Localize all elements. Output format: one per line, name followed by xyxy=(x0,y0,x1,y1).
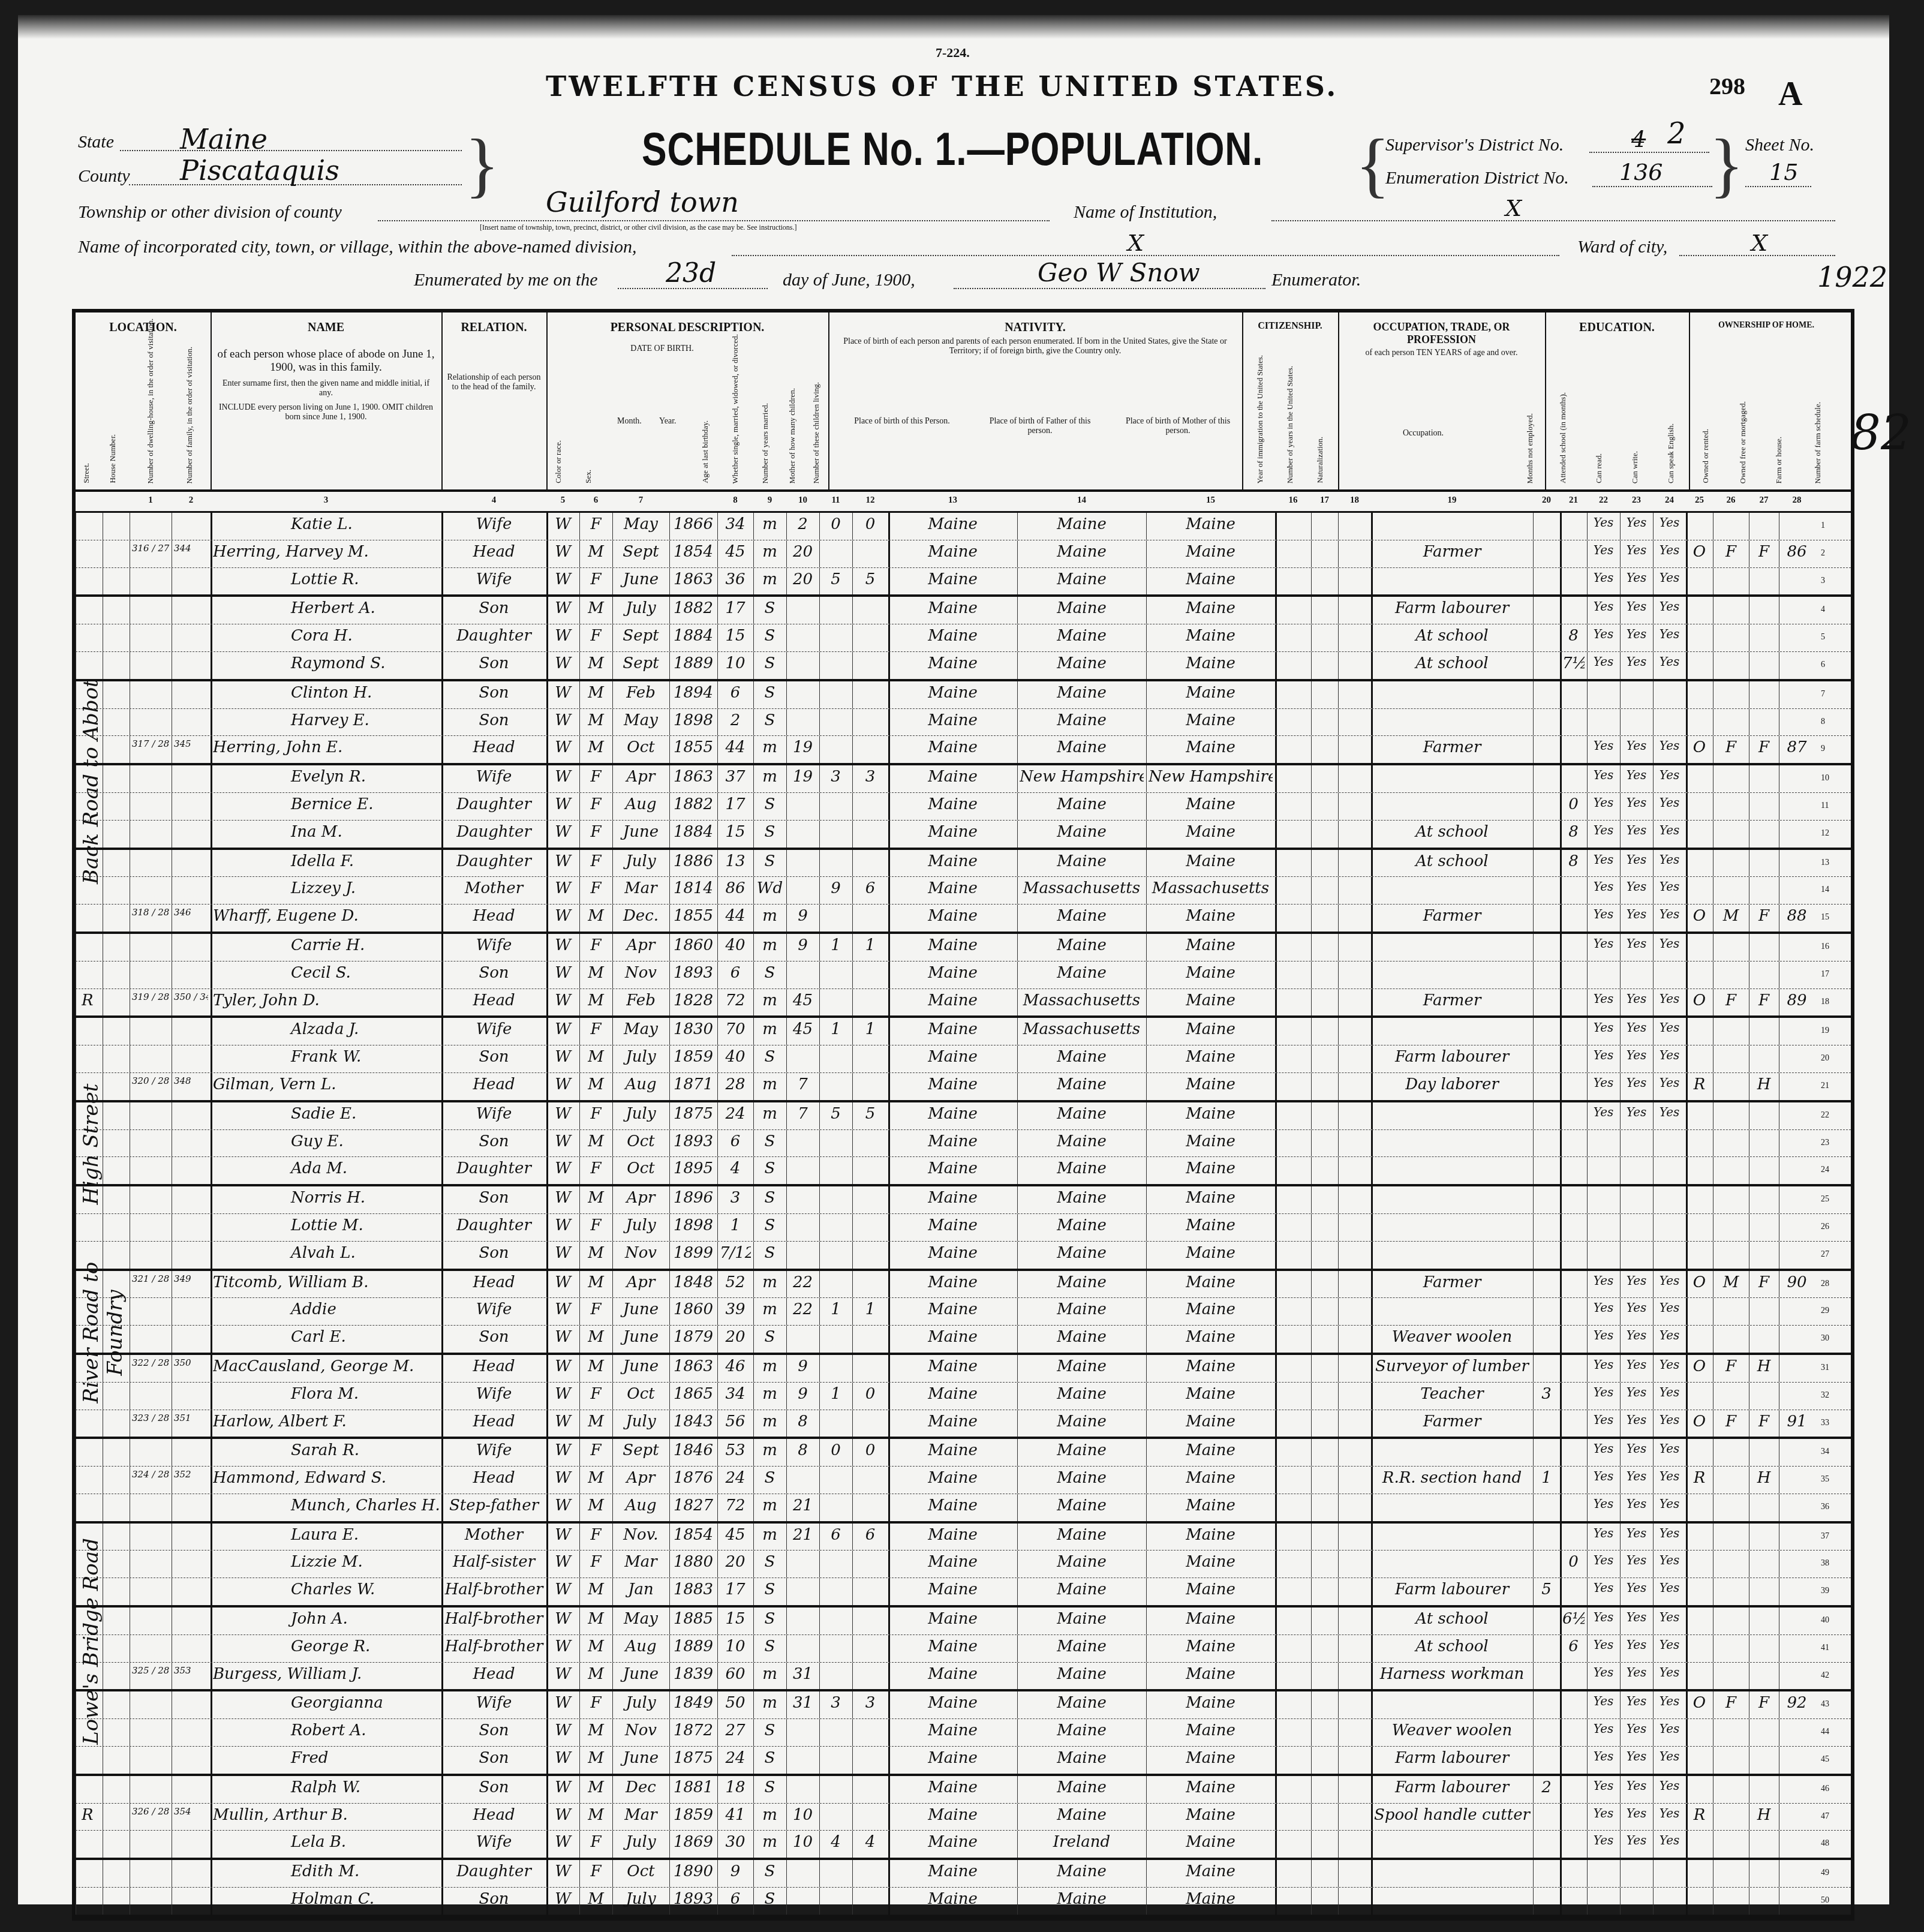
column-divider xyxy=(819,1073,820,1100)
cell-yrs-married: 45 xyxy=(789,991,817,1009)
sheet-value: 15 xyxy=(1769,159,1798,185)
column-divider xyxy=(1749,821,1749,848)
column-divider xyxy=(1338,1691,1339,1718)
table-row: Sadie E.WifeWFJuly187524m755MaineMaineMa… xyxy=(76,1102,1851,1130)
cell-month: June xyxy=(615,570,667,588)
column-divider xyxy=(1371,1130,1373,1157)
cell-sex: M xyxy=(582,1328,610,1346)
street-note: River Road to Foundry xyxy=(79,1239,127,1427)
column-divider xyxy=(1560,1073,1562,1100)
column-divider xyxy=(579,1186,580,1213)
column-divider xyxy=(1560,1157,1562,1184)
cell-pob-mother: Maine xyxy=(1149,543,1273,561)
immigration-year-header: Year of immigration to the United States… xyxy=(1255,355,1265,483)
cell-sex: M xyxy=(582,1665,610,1683)
column-divider xyxy=(669,821,670,848)
cell-year: 1876 xyxy=(672,1469,715,1487)
column-divider xyxy=(717,1804,718,1831)
column-divider xyxy=(1338,905,1339,932)
table-row: Lottie R.WifeWFJune186336m2055MaineMaine… xyxy=(76,568,1851,597)
cell-color: W xyxy=(549,1441,577,1459)
column-number: 16 xyxy=(1275,495,1311,506)
table-row: Sarah R.WifeWFSept184653m800MaineMaineMa… xyxy=(76,1439,1851,1467)
column-divider xyxy=(1371,989,1373,1016)
cell-year: 1827 xyxy=(672,1497,715,1515)
cell-english: Yes xyxy=(1655,738,1683,753)
cell-month: June xyxy=(615,1665,667,1683)
cell-year: 1859 xyxy=(672,1806,715,1824)
column-divider xyxy=(211,540,212,567)
column-divider xyxy=(753,1383,754,1410)
cell-month: Nov. xyxy=(615,1526,667,1544)
cell-sex: M xyxy=(582,543,610,561)
cell-age: 28 xyxy=(720,1075,751,1093)
column-divider xyxy=(211,934,212,961)
cell-english: Yes xyxy=(1655,1806,1683,1820)
cell-write: Yes xyxy=(1622,570,1651,585)
table-row: George R.Half-brotherWMAug188910SMaineMa… xyxy=(76,1635,1851,1663)
cell-read: Yes xyxy=(1589,738,1618,753)
column-divider xyxy=(1686,850,1688,877)
cell-pob-father: Maine xyxy=(1020,515,1144,533)
column-divider xyxy=(852,1271,853,1298)
column-divider xyxy=(1338,1831,1339,1858)
column-divider xyxy=(1653,1691,1654,1718)
column-divider xyxy=(888,568,890,595)
column-divider xyxy=(1560,1130,1562,1157)
cell-occupation: Harness workman xyxy=(1373,1665,1531,1683)
column-divider xyxy=(579,597,580,624)
line-number: 47 xyxy=(1821,1812,1829,1822)
column-divider xyxy=(1338,568,1339,595)
column-divider xyxy=(172,1691,172,1718)
cell-pob-mother: Maine xyxy=(1149,1637,1273,1655)
cell-age: 60 xyxy=(720,1665,751,1683)
cell-dwelling: 322 / 285 xyxy=(132,1357,169,1368)
cell-name: MacCausland, George M. xyxy=(213,1357,439,1375)
cell-school: 8 xyxy=(1562,823,1585,841)
column-divider xyxy=(1533,1747,1534,1774)
cell-read: Yes xyxy=(1589,1385,1618,1399)
column-divider xyxy=(1653,1578,1654,1605)
column-divider xyxy=(1620,513,1621,540)
column-divider xyxy=(1587,1776,1588,1803)
column-divider xyxy=(753,1214,754,1241)
month-header: Month. xyxy=(612,414,647,429)
column-divider xyxy=(172,1298,172,1325)
cell-month: July xyxy=(615,1048,667,1066)
column-divider xyxy=(753,1130,754,1157)
column-divider xyxy=(753,1045,754,1072)
cell-pob-mother: Maine xyxy=(1149,964,1273,982)
column-divider xyxy=(1686,1271,1688,1298)
column-divider xyxy=(1587,1326,1588,1353)
column-divider xyxy=(819,1157,820,1184)
column-divider xyxy=(1338,1045,1339,1072)
cell-occupation: At school xyxy=(1373,852,1531,870)
column-divider xyxy=(1146,1578,1147,1605)
cell-color: W xyxy=(549,1159,577,1177)
cell-sex: M xyxy=(582,1273,610,1291)
column-divider xyxy=(612,1439,613,1466)
cell-months-unemp: 3 xyxy=(1535,1385,1558,1403)
cell-year: 1890 xyxy=(672,1862,715,1880)
cell-occupation: Farm labourer xyxy=(1373,1581,1531,1599)
column-divider xyxy=(1713,1663,1713,1690)
column-divider xyxy=(1713,1831,1713,1858)
brace: { xyxy=(1355,129,1390,201)
column-divider xyxy=(579,1271,580,1298)
cell-pob-father: Maine xyxy=(1020,1526,1144,1544)
cell-pob-father: Maine xyxy=(1020,1721,1144,1739)
column-divider xyxy=(753,568,754,595)
column-divider xyxy=(1620,1524,1621,1551)
cell-read: Yes xyxy=(1589,1694,1618,1708)
cell-month: June xyxy=(615,823,667,841)
column-divider xyxy=(1560,1524,1562,1551)
column-divider xyxy=(1275,709,1277,736)
column-divider xyxy=(1653,597,1654,624)
column-divider xyxy=(546,736,548,763)
column-divider xyxy=(1749,513,1749,540)
column-divider xyxy=(753,765,754,792)
relation-title: RELATION. xyxy=(441,321,546,335)
cell-english: Yes xyxy=(1655,515,1683,530)
line-number: 16 xyxy=(1821,942,1829,952)
column-divider xyxy=(1686,1551,1688,1578)
cell-pob-father: Ireland xyxy=(1020,1833,1144,1851)
column-divider xyxy=(1146,1410,1147,1437)
column-divider xyxy=(1749,1635,1749,1662)
column-divider xyxy=(1338,1271,1339,1298)
cell-pob-father: Maine xyxy=(1020,570,1144,588)
column-divider xyxy=(579,1355,580,1382)
cell-color: W xyxy=(549,823,577,841)
cell-marital: m xyxy=(756,1694,784,1712)
column-divider xyxy=(1146,1860,1147,1887)
column-divider xyxy=(819,1776,820,1803)
column-number: 21 xyxy=(1560,495,1587,506)
column-divider xyxy=(1275,1102,1277,1129)
column-divider xyxy=(852,597,853,624)
cell-pob-mother: Maine xyxy=(1149,1357,1273,1375)
cell-occupation: Farm labourer xyxy=(1373,1048,1531,1066)
cell-yrs-married: 20 xyxy=(789,543,817,561)
cell-month: Feb xyxy=(615,684,667,702)
column-divider xyxy=(888,1018,890,1045)
cell-pob-father: Maine xyxy=(1020,1778,1144,1796)
column-divider xyxy=(612,1383,613,1410)
cell-relation: Son xyxy=(444,599,544,617)
column-divider xyxy=(852,1242,853,1269)
column-divider xyxy=(888,736,890,763)
cell-write: Yes xyxy=(1622,823,1651,837)
cell-pob: Maine xyxy=(891,823,1015,841)
column-divider xyxy=(1017,1551,1018,1578)
cell-schedule: 92 xyxy=(1781,1694,1812,1712)
column-divider xyxy=(888,1186,890,1213)
column-divider xyxy=(612,736,613,763)
column-divider xyxy=(130,821,130,848)
cell-color: W xyxy=(549,1497,577,1515)
cell-year: 1889 xyxy=(672,1637,715,1655)
column-divider xyxy=(1146,1776,1147,1803)
cell-relation: Wife xyxy=(444,1385,544,1403)
column-divider xyxy=(579,821,580,848)
column-divider xyxy=(1017,1298,1018,1325)
column-divider xyxy=(612,597,613,624)
column-divider xyxy=(1146,1102,1147,1129)
column-divider xyxy=(786,681,787,708)
column-divider xyxy=(717,1663,718,1690)
column-divider xyxy=(1560,1888,1562,1915)
column-divider xyxy=(612,709,613,736)
column-divider xyxy=(76,1635,76,1662)
cell-color: W xyxy=(549,1862,577,1880)
cell-own: O xyxy=(1688,1413,1710,1431)
cell-relation: Wife xyxy=(444,570,544,588)
cell-color: W xyxy=(549,1778,577,1796)
cell-yrs-married: 21 xyxy=(789,1497,817,1515)
column-divider xyxy=(1146,793,1147,820)
column-divider xyxy=(1275,821,1277,848)
cell-relation: Son xyxy=(444,964,544,982)
cell-year: 1875 xyxy=(672,1749,715,1767)
column-divider xyxy=(1338,624,1339,651)
column-divider xyxy=(1533,877,1534,904)
column-divider xyxy=(579,1410,580,1437)
cell-age: 50 xyxy=(720,1694,751,1712)
column-divider xyxy=(819,1888,820,1915)
cell-english: Yes xyxy=(1655,1749,1683,1763)
column-divider xyxy=(753,1524,754,1551)
column-divider xyxy=(1686,1776,1688,1803)
column-divider xyxy=(753,1719,754,1746)
column-divider xyxy=(1146,1635,1147,1662)
cell-dwelling: 326 / 289 xyxy=(132,1806,169,1817)
column-divider xyxy=(1275,989,1277,1016)
column-divider xyxy=(1620,821,1621,848)
column-divider xyxy=(1653,1073,1654,1100)
column-divider xyxy=(172,652,172,679)
column-divider xyxy=(1560,1467,1562,1494)
column-divider xyxy=(1620,905,1621,932)
column-divider xyxy=(1713,1073,1713,1100)
column-divider xyxy=(669,568,670,595)
column-divider xyxy=(786,1635,787,1662)
column-divider xyxy=(1587,1467,1588,1494)
column-divider xyxy=(441,1410,443,1437)
column-divider xyxy=(130,1524,130,1551)
cell-pob-father: Maine xyxy=(1020,1105,1144,1123)
cell-english: Yes xyxy=(1655,1610,1683,1624)
cell-pob-father: Maine xyxy=(1020,1610,1144,1628)
column-divider xyxy=(753,1410,754,1437)
cell-months-unemp: 1 xyxy=(1535,1469,1558,1487)
cell-pob: Maine xyxy=(891,1244,1015,1262)
cell-living: 3 xyxy=(855,1694,886,1712)
column-divider xyxy=(1311,1747,1312,1774)
state-label: State xyxy=(78,132,114,152)
column-divider xyxy=(717,1383,718,1410)
cell-dwelling: 317 / 280 xyxy=(132,738,169,749)
column-divider xyxy=(1686,1130,1688,1157)
cell-year: 1865 xyxy=(672,1385,715,1403)
cell-month: Aug xyxy=(615,1497,667,1515)
column-divider xyxy=(130,1831,130,1858)
column-divider xyxy=(669,765,670,792)
column-divider xyxy=(1620,1551,1621,1578)
cell-age: 15 xyxy=(720,627,751,645)
column-divider xyxy=(1749,1410,1749,1437)
column-divider xyxy=(172,905,172,932)
column-divider xyxy=(1686,1691,1688,1718)
column-divider xyxy=(1653,1719,1654,1746)
column-divider xyxy=(717,1467,718,1494)
column-divider xyxy=(441,1578,443,1605)
column-divider xyxy=(1620,1383,1621,1410)
column-divider xyxy=(888,1776,890,1803)
column-divider xyxy=(441,681,443,708)
cell-occupation: Day laborer xyxy=(1373,1075,1531,1093)
column-divider xyxy=(1560,1018,1562,1045)
column-divider xyxy=(612,568,613,595)
line-number: 40 xyxy=(1821,1616,1829,1625)
column-divider xyxy=(1533,1045,1534,1072)
column-divider xyxy=(1533,1804,1534,1831)
line-number: 25 xyxy=(1821,1195,1829,1204)
cell-read: Yes xyxy=(1589,1637,1618,1652)
column-divider xyxy=(130,989,130,1016)
column-divider xyxy=(130,624,130,651)
column-divider xyxy=(130,736,130,763)
cell-pob: Maine xyxy=(891,1020,1015,1038)
column-divider xyxy=(441,1494,443,1521)
column-divider xyxy=(76,1214,76,1241)
cell-dwelling: 316 / 279 xyxy=(132,543,169,554)
column-divider xyxy=(1779,1747,1779,1774)
column-divider xyxy=(1686,1494,1688,1521)
column-divider xyxy=(579,905,580,932)
column-divider xyxy=(1587,1691,1588,1718)
column-divider xyxy=(1338,1635,1339,1662)
column-divider xyxy=(753,1551,754,1578)
cell-pob: Maine xyxy=(891,964,1015,982)
column-divider xyxy=(612,1551,613,1578)
column-divider xyxy=(786,821,787,848)
cell-pob-father: Massachusetts xyxy=(1020,991,1144,1009)
column-divider xyxy=(546,1018,548,1045)
table-row: Ralph W.SonWMDec188118SMaineMaineMaineFa… xyxy=(76,1776,1851,1804)
column-number: 1 xyxy=(130,495,172,506)
column-divider xyxy=(579,1298,580,1325)
column-divider xyxy=(1779,1439,1779,1466)
column-divider xyxy=(1533,1831,1534,1858)
column-divider xyxy=(717,1271,718,1298)
column-divider xyxy=(1620,540,1621,567)
column-divider xyxy=(819,1608,820,1634)
cell-relation: Son xyxy=(444,1721,544,1739)
cell-sex: M xyxy=(582,1778,610,1796)
column-divider xyxy=(76,1663,76,1690)
column-divider xyxy=(669,962,670,988)
column-divider xyxy=(852,1719,853,1746)
cell-age: 13 xyxy=(720,852,751,870)
column-divider xyxy=(130,1214,130,1241)
column-divider xyxy=(130,1776,130,1803)
column-divider xyxy=(76,597,76,624)
cell-write: Yes xyxy=(1622,1105,1651,1119)
column-divider xyxy=(1146,989,1147,1016)
column-divider xyxy=(1653,765,1654,792)
column-divider xyxy=(546,877,548,904)
column-divider xyxy=(1587,1578,1588,1605)
column-divider xyxy=(717,1860,718,1887)
column-divider xyxy=(1779,1551,1779,1578)
column-divider xyxy=(1620,1073,1621,1100)
column-divider xyxy=(1713,736,1713,763)
column-divider xyxy=(1749,1439,1749,1466)
column-divider xyxy=(1311,1355,1312,1382)
column-divider xyxy=(888,1608,890,1634)
column-divider xyxy=(819,877,820,904)
column-divider xyxy=(1749,1524,1749,1551)
cell-marital: S xyxy=(756,1749,784,1767)
cell-write: Yes xyxy=(1622,1020,1651,1035)
column-divider xyxy=(441,1383,443,1410)
column-divider xyxy=(579,1073,580,1100)
column-divider xyxy=(441,1747,443,1774)
cell-relation: Daughter xyxy=(444,852,544,870)
cell-write: Yes xyxy=(1622,1665,1651,1679)
column-divider xyxy=(546,652,548,679)
ed-label: Enumeration District No. xyxy=(1385,168,1569,188)
column-divider xyxy=(1146,1045,1147,1072)
column-divider xyxy=(852,1410,853,1437)
column-divider xyxy=(172,1888,172,1915)
cell-age: 20 xyxy=(720,1553,751,1571)
column-divider xyxy=(1686,989,1688,1016)
column-divider xyxy=(1146,1271,1147,1298)
cell-marital: S xyxy=(756,1159,784,1177)
column-divider xyxy=(1587,1383,1588,1410)
column-divider xyxy=(1017,624,1018,651)
column-divider xyxy=(819,681,820,708)
year-header: Year. xyxy=(654,414,681,429)
column-divider xyxy=(1779,1298,1779,1325)
column-divider xyxy=(888,1045,890,1072)
column-divider xyxy=(1779,850,1779,877)
cell-write: Yes xyxy=(1622,1357,1651,1372)
cell-relation: Wife xyxy=(444,1300,544,1318)
cell-pob: Maine xyxy=(891,1441,1015,1459)
column-divider xyxy=(1371,1018,1373,1045)
cell-yrs-married: 45 xyxy=(789,1020,817,1038)
column-divider xyxy=(753,793,754,820)
column-divider xyxy=(1686,1383,1688,1410)
column-divider xyxy=(1533,1242,1534,1269)
column-divider xyxy=(1620,1298,1621,1325)
cell-occupation: At school xyxy=(1373,654,1531,672)
column-divider xyxy=(1686,1242,1688,1269)
column-divider xyxy=(1560,597,1562,624)
column-divider xyxy=(669,1102,670,1129)
cell-color: W xyxy=(549,543,577,561)
column-divider xyxy=(852,1635,853,1662)
column-divider xyxy=(1338,1860,1339,1887)
column-divider xyxy=(1311,624,1312,651)
column-divider xyxy=(1311,1383,1312,1410)
